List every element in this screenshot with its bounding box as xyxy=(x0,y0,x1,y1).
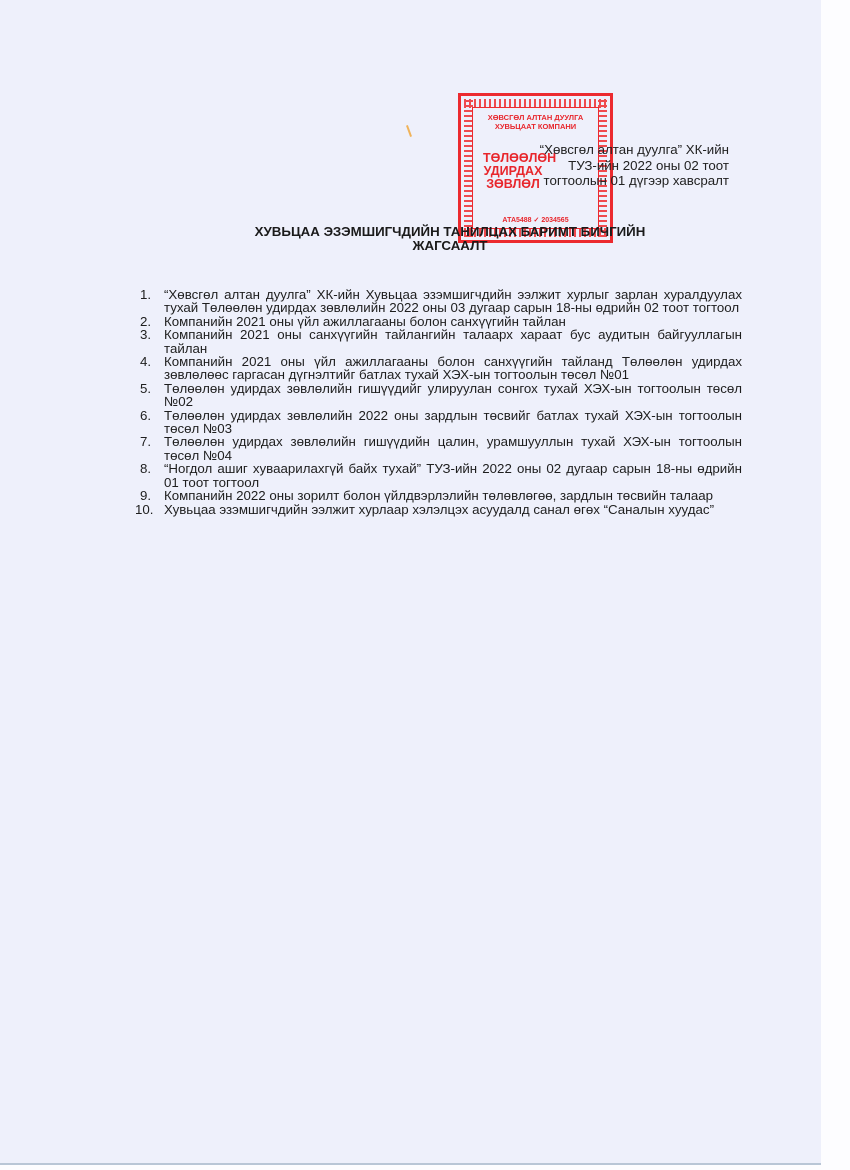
stamp-body-line3: ЗӨВЛӨЛ xyxy=(483,178,543,191)
item-text: Төлөөлөн удирдах зөвлөлийн гишүүдийг ули… xyxy=(164,381,742,409)
item-text: Компанийн 2021 оны үйл ажиллагааны болон… xyxy=(164,354,742,382)
list-item: 4.Компанийн 2021 оны үйл ажиллагааны бол… xyxy=(140,355,742,382)
item-number: 4. xyxy=(140,355,151,368)
list-item: 10.Хувьцаа эзэмшигчдийн ээлжит хурлаар х… xyxy=(140,503,742,516)
item-text: “Ногдол ашиг хуваарилахгүй байх тухай” Т… xyxy=(164,461,742,489)
item-number: 6. xyxy=(140,409,151,422)
list-item: 9. Компанийн 2022 оны зорилт болон үйлдв… xyxy=(140,489,742,502)
stamp-registration: АТА5488 ✓ 2034565 xyxy=(475,216,596,224)
item-number: 9. xyxy=(140,489,151,502)
item-text: Төлөөлөн удирдах зөвлөлийн 2022 оны зард… xyxy=(164,408,742,436)
list-item: 1.“Хөвсгөл алтан дуулга” ХК-ийн Хувьцаа … xyxy=(140,288,742,315)
title-line2: ЖАГСААЛТ xyxy=(220,239,680,253)
annex-line3: тогтоолын 01 дүгээр хавсралт xyxy=(540,173,729,189)
item-number: 7. xyxy=(140,435,151,448)
item-number: 3. xyxy=(140,328,151,341)
item-text: Компанийн 2021 оны санхүүгийн тайлангийн… xyxy=(164,327,742,355)
annex-line2: ТУЗ-ийн 2022 оны 02 тоот xyxy=(540,158,729,174)
annex-line1: “Хөвсгөл алтан дуулга” ХК-ийн xyxy=(540,142,729,158)
item-number: 5. xyxy=(140,382,151,395)
stamp-company-line2: ХУВЬЦААТ КОМПАНИ xyxy=(475,122,596,131)
list-item: 7.Төлөөлөн удирдах зөвлөлийн гишүүдийн ц… xyxy=(140,435,742,462)
item-text: Төлөөлөн удирдах зөвлөлийн гишүүдийн цал… xyxy=(164,434,742,462)
annex-reference: “Хөвсгөл алтан дуулга” ХК-ийн ТУЗ-ийн 20… xyxy=(540,142,729,189)
list-item: 5.Төлөөлөн удирдах зөвлөлийн гишүүдийг у… xyxy=(140,382,742,409)
stamp-company-line1: ХӨВСГӨЛ АЛТАН ДУУЛГА xyxy=(475,113,596,122)
item-number: 8. xyxy=(140,462,151,475)
item-text: “Хөвсгөл алтан дуулга” ХК-ийн Хувьцаа эз… xyxy=(164,287,742,315)
scanned-page: ХӨВСГӨЛ АЛТАН ДУУЛГА ХУВЬЦААТ КОМПАНИ ТӨ… xyxy=(0,0,821,1165)
item-number: 10. xyxy=(135,503,154,516)
title-line1: ХУВЬЦАА ЭЗЭМШИГЧДИЙН ТАНИЛЦАХ БАРИМТ БИЧ… xyxy=(220,225,680,239)
item-number: 2. xyxy=(140,315,151,328)
document-list: 1.“Хөвсгөл алтан дуулга” ХК-ийн Хувьцаа … xyxy=(140,288,742,516)
item-number: 1. xyxy=(140,288,151,301)
list-item: 3.Компанийн 2021 оны санхүүгийн тайланги… xyxy=(140,328,742,355)
list-item: 2.Компанийн 2021 оны үйл ажиллагааны бол… xyxy=(140,315,742,328)
document-title: ХУВЬЦАА ЭЗЭМШИГЧДИЙН ТАНИЛЦАХ БАРИМТ БИЧ… xyxy=(220,225,680,253)
list-item: 8. “Ногдол ашиг хуваарилахгүй байх тухай… xyxy=(140,462,742,489)
scan-artifact xyxy=(406,125,412,137)
item-text: Хувьцаа эзэмшигчдийн ээлжит хурлаар хэлэ… xyxy=(164,502,714,517)
list-item: 6.Төлөөлөн удирдах зөвлөлийн 2022 оны за… xyxy=(140,409,742,436)
